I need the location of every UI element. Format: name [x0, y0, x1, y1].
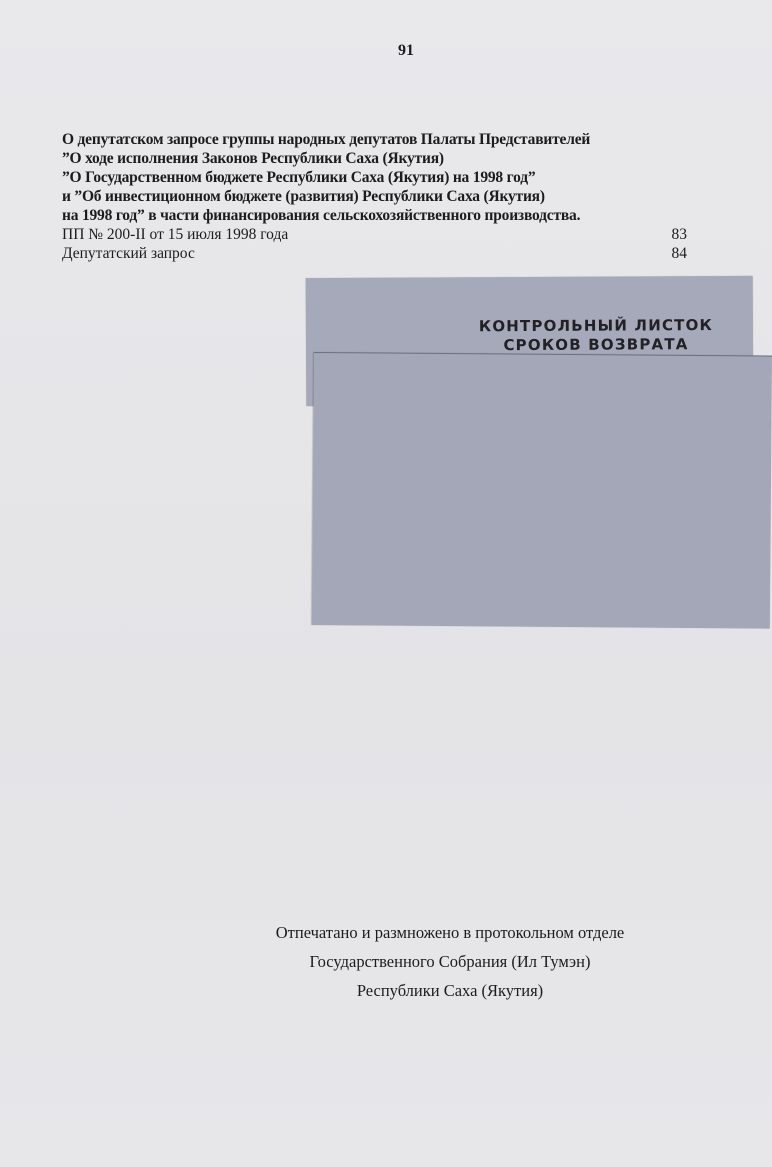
return-slip-title-line1: КОНТРОЛЬНЫЙ ЛИСТОК [456, 316, 736, 336]
toc-entry-page: 83 [672, 225, 688, 244]
table-of-contents: О депутатском запросе группы народных де… [62, 130, 687, 263]
colophon-line: Республики Саха (Якутия) [240, 976, 660, 1005]
toc-entry: ПП № 200-II от 15 июля 1998 года 83 [62, 225, 687, 244]
toc-title-line: ”О Государственном бюджете Республики Са… [62, 168, 687, 187]
colophon-line: Отпечатано и размножено в протокольном о… [240, 918, 660, 947]
return-slip-pocket [312, 352, 772, 629]
colophon: Отпечатано и размножено в протокольном о… [240, 918, 660, 1005]
return-slip-title-line2: СРОКОВ ВОЗВРАТА [456, 335, 736, 355]
toc-title-line: ”О ходе исполнения Законов Республики Са… [62, 149, 687, 168]
toc-entry-label: Депутатский запрос [62, 244, 195, 263]
page-number: 91 [0, 42, 772, 60]
toc-entry: Депутатский запрос 84 [62, 244, 687, 263]
toc-title-line: и ”Об инвестиционном бюджете (развития) … [62, 187, 687, 206]
toc-title-line: на 1998 год” в части финансирования сель… [62, 206, 687, 225]
toc-entry-label: ПП № 200-II от 15 июля 1998 года [62, 225, 288, 244]
toc-entry-page: 84 [672, 244, 688, 263]
toc-title-line: О депутатском запросе группы народных де… [62, 130, 687, 149]
toc-title: О депутатском запросе группы народных де… [62, 130, 687, 225]
colophon-line: Государственного Собрания (Ил Тумэн) [240, 947, 660, 976]
return-slip-title: КОНТРОЛЬНЫЙ ЛИСТОК СРОКОВ ВОЗВРАТА [456, 316, 736, 355]
